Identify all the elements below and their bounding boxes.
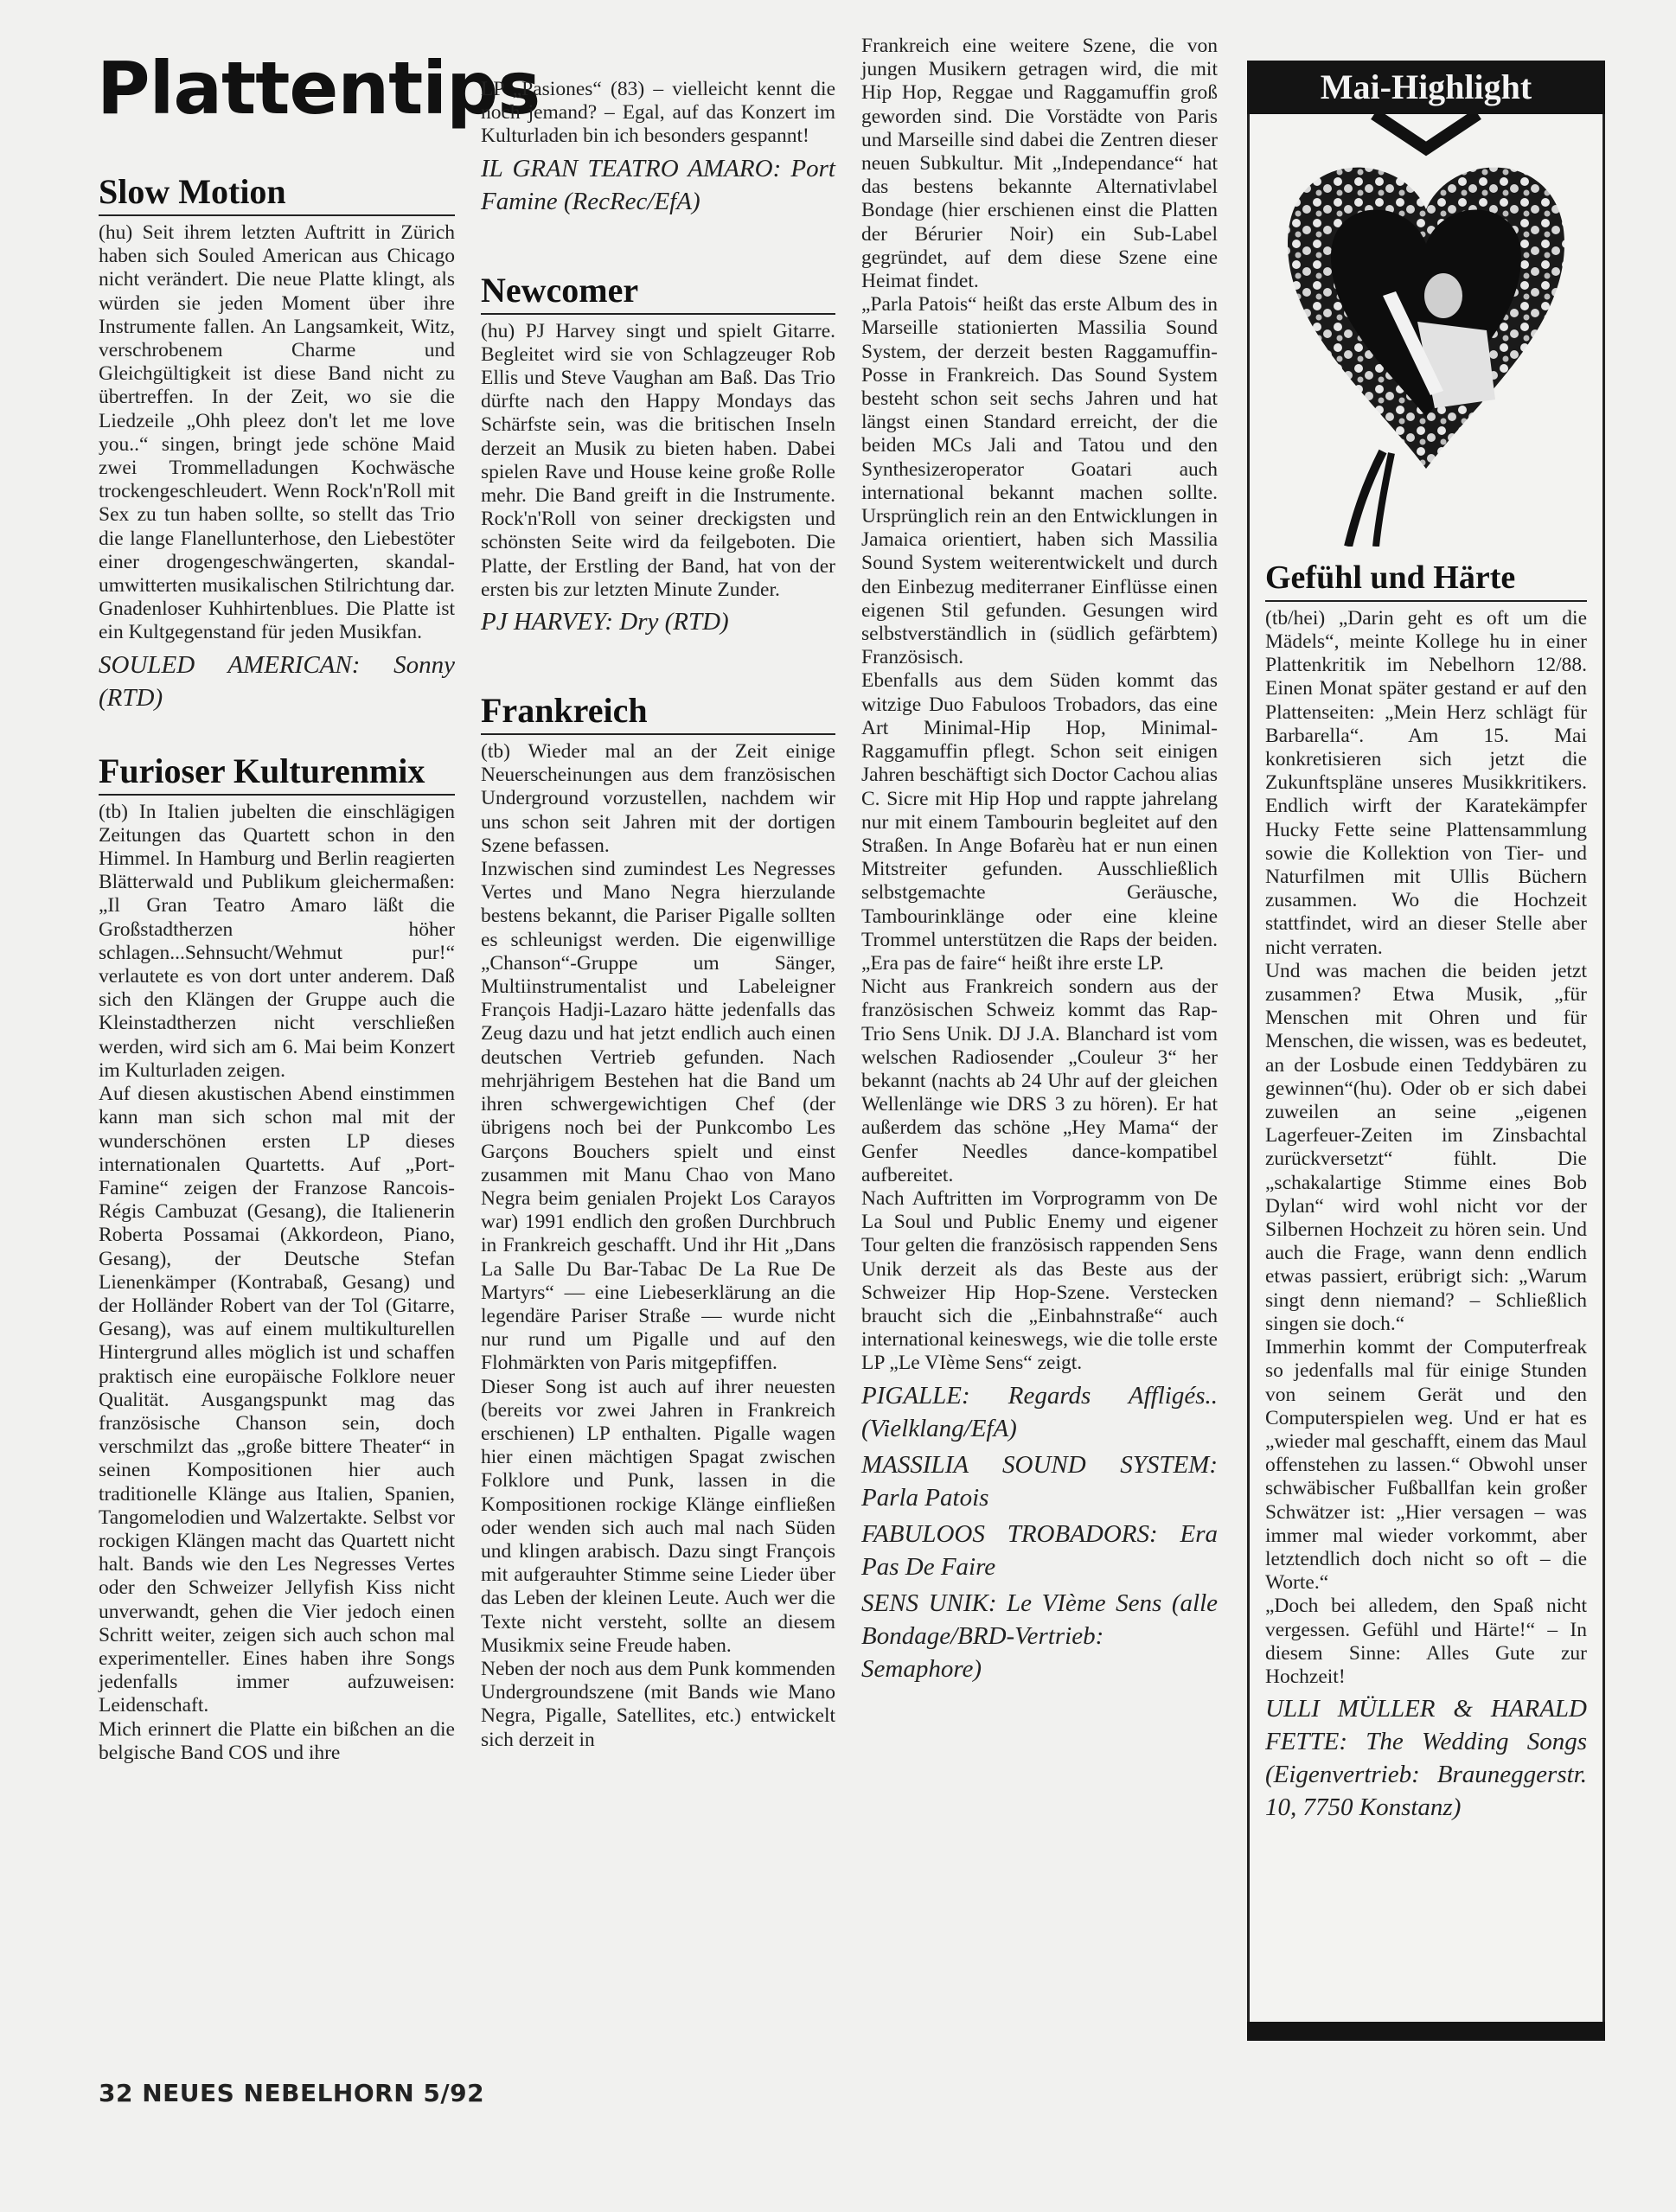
page-footer: 32 NEUES NEBELHORN 5/92 bbox=[99, 2079, 484, 2107]
heart-wreath-icon bbox=[1270, 114, 1582, 547]
column-1: Slow Motion (hu) Seit ihrem letzten Auft… bbox=[99, 173, 455, 1765]
article-paragraph: Auf diesen akustischen Abend einstimmen … bbox=[99, 1083, 455, 1717]
article-paragraph: Neben der noch aus dem Punk kommenden Un… bbox=[481, 1658, 835, 1752]
album-credit: SOULED AMERICAN: Sonny (RTD) bbox=[99, 649, 455, 714]
album-credit: PIGALLE: Regards Affligés.. (Vielklang/E… bbox=[861, 1379, 1218, 1445]
article-paragraph: (tb) Wieder mal an der Zeit einige Neuer… bbox=[481, 740, 835, 858]
article-body: LP „Pasiones“ (83) – vielleicht kennt di… bbox=[481, 78, 835, 149]
article-heading: Gefühl und Härte bbox=[1265, 560, 1587, 602]
article-frankreich: Frankreich (tb) Wieder mal an der Zeit e… bbox=[481, 692, 835, 1752]
article-furioser-kulturenmix: Furioser Kulturenmix (tb) In Italien jub… bbox=[99, 752, 455, 1765]
article-heading: Newcomer bbox=[481, 272, 835, 315]
album-credit: IL GRAN TEATRO AMARO: Port Famine (RecRe… bbox=[481, 152, 835, 218]
column-3: Frankreich eine weitere Szene, die von j… bbox=[861, 35, 1218, 1685]
article-paragraph: „Parla Patois“ heißt das erste Album des… bbox=[861, 293, 1218, 669]
article-paragraph: Und was machen die beiden jetzt zusammen… bbox=[1265, 960, 1587, 1336]
article-body: (hu) Seit ihrem letzten Auftritt in Züri… bbox=[99, 221, 455, 645]
heart-wreath-photo bbox=[1270, 114, 1582, 547]
page-title: Plattentips bbox=[97, 52, 540, 125]
article-paragraph: Mich erinnert die Platte ein bißchen an … bbox=[99, 1718, 455, 1765]
article-paragraph: Immerhin kommt der Computerfreak so jede… bbox=[1265, 1336, 1587, 1595]
article-paragraph: Ebenfalls aus dem Süden kommt das witzig… bbox=[861, 669, 1218, 975]
article-paragraph: „Doch bei alledem, den Spaß nicht verges… bbox=[1265, 1595, 1587, 1689]
album-credit: ULLI MÜLLER & HARALD FETTE: The Wedding … bbox=[1265, 1692, 1587, 1824]
mai-highlight-box: Mai-Highlight bbox=[1247, 61, 1605, 2041]
highlight-banner: Mai-Highlight bbox=[1247, 61, 1605, 114]
article-paragraph: Frankreich eine weitere Szene, die von j… bbox=[861, 35, 1218, 293]
article-frankreich-continued: Frankreich eine weitere Szene, die von j… bbox=[861, 35, 1218, 1685]
article-paragraph: Nicht aus Frankreich sondern aus der fra… bbox=[861, 975, 1218, 1187]
highlight-bottom-bar bbox=[1247, 2022, 1605, 2041]
article-body: (hu) PJ Harvey singt und spielt Gitarre.… bbox=[481, 320, 835, 602]
article-heading: Furioser Kulturenmix bbox=[99, 752, 455, 796]
article-newcomer: Newcomer (hu) PJ Harvey singt und spielt… bbox=[481, 272, 835, 638]
article-paragraph: (tb/hei) „Darin geht es oft um die Mädel… bbox=[1265, 607, 1587, 960]
album-credit: SENS UNIK: Le VIème Sens (alle Bondage/B… bbox=[861, 1587, 1218, 1685]
article-heading: Frankreich bbox=[481, 692, 835, 735]
article-heading: Slow Motion bbox=[99, 173, 455, 216]
article-kulturenmix-continued: LP „Pasiones“ (83) – vielleicht kennt di… bbox=[481, 78, 835, 218]
album-credit: PJ HARVEY: Dry (RTD) bbox=[481, 605, 835, 638]
article-paragraph: Nach Auftritten im Vorprogramm von De La… bbox=[861, 1187, 1218, 1376]
article-slow-motion: Slow Motion (hu) Seit ihrem letzten Auft… bbox=[99, 173, 455, 714]
article-paragraph: Inzwischen sind zumindest Les Negresses … bbox=[481, 858, 835, 1375]
album-credit: FABULOOS TROBADORS: Era Pas De Faire bbox=[861, 1518, 1218, 1583]
article-paragraph: (tb) In Italien jubelten die einschlägig… bbox=[99, 801, 455, 1083]
album-credit: MASSILIA SOUND SYSTEM: Parla Patois bbox=[861, 1448, 1218, 1514]
article-paragraph: Dieser Song ist auch auf ihrer neuesten … bbox=[481, 1376, 835, 1658]
column-2: LP „Pasiones“ (83) – vielleicht kennt di… bbox=[481, 78, 835, 1752]
